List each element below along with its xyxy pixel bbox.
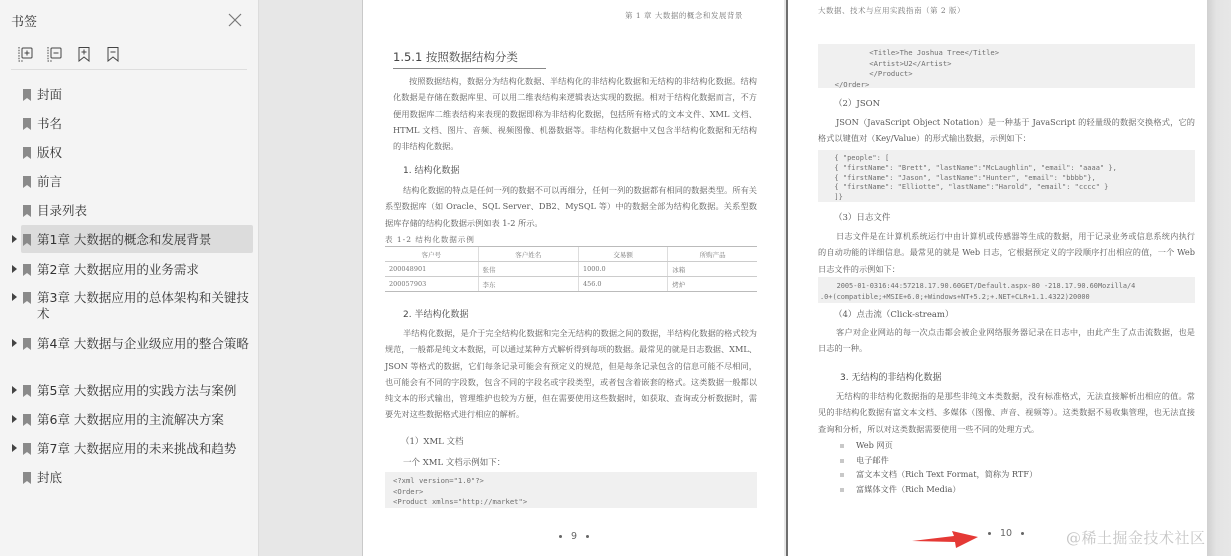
page-number-value: 9: [571, 531, 577, 542]
collapse-all-icon[interactable]: [47, 46, 63, 62]
bookmark-chapter-1[interactable]: 第1章 大数据的概念和发展背景: [0, 225, 259, 254]
bookmark-label: 版权: [37, 145, 62, 161]
table-cell: 李东: [478, 277, 578, 292]
expand-caret-icon[interactable]: [12, 386, 17, 394]
log-item-heading: （3）日志文件: [834, 211, 890, 223]
structured-paragraph: 结构化数据的特点是任何一列的数据不可以再细分，任何一列的数据都有相同的数据类型。…: [385, 182, 757, 231]
bookmark-label: 第2章 大数据应用的业务需求: [37, 262, 199, 278]
list-item: 富媒体文件（Rich Media）: [840, 484, 1037, 499]
bookmark-icon: [23, 234, 31, 246]
page-dot: [1021, 532, 1024, 535]
bookmark-back-cover[interactable]: 封底: [0, 463, 259, 492]
bookmark-cover[interactable]: 封面: [0, 80, 259, 109]
expand-caret-icon[interactable]: [12, 235, 17, 243]
bookmark-chapter-4[interactable]: 第4章 大数据与企业级应用的整合策略: [0, 330, 259, 376]
table-cell: 456.0: [578, 277, 667, 292]
expand-all-icon[interactable]: [18, 46, 34, 62]
close-icon[interactable]: [227, 12, 243, 28]
toolbar-divider: [11, 69, 247, 70]
expand-caret-icon[interactable]: [12, 339, 17, 347]
expand-caret-icon[interactable]: [12, 293, 17, 301]
json-item-heading: （2）JSON: [834, 97, 880, 109]
bookmark-chapter-5[interactable]: 第5章 大数据应用的实践方法与案例: [0, 376, 259, 405]
unstructured-examples-list: Web 网页 电子邮件 富文本文档（Rich Text Format，简称为 R…: [840, 440, 1037, 498]
bookmark-icon: [23, 147, 31, 159]
bookmark-label: 第6章 大数据应用的主流解决方案: [37, 412, 224, 428]
bookmark-label: 第3章 大数据应用的总体架构和关键技术: [37, 290, 251, 322]
expand-caret-icon[interactable]: [12, 265, 17, 273]
expand-caret-icon[interactable]: [12, 444, 17, 452]
clickstream-paragraph: 客户对企业网站的每一次点击都会被企业网络服务器记录在日志中，由此产生了点击流数据…: [818, 324, 1195, 357]
bookmark-label: 第7章 大数据应用的未来挑战和趋势: [37, 441, 236, 457]
delete-bookmark-icon[interactable]: [105, 46, 121, 62]
bookmark-toolbar: [18, 46, 121, 66]
bookmark-icon: [23, 292, 31, 304]
bookmark-icon: [23, 118, 31, 130]
page-number: 10: [979, 528, 1033, 539]
page-10: 大数据、技术与应用实践指南（第 2 版） <Title>The Joshua T…: [786, 0, 1207, 556]
column-header: 所购产品: [668, 247, 757, 262]
log-code-block: 2005-01-0316:44:57218.17.90.60GET/Defaul…: [818, 277, 1195, 303]
xml-intro: 一个 XML 文档示例如下：: [403, 456, 505, 468]
bookmark-icon: [23, 205, 31, 217]
unstructured-paragraph: 无结构的非结构化数据指的是那些非纯文本类数据，没有标准格式，无法直接解析出相应的…: [818, 388, 1195, 437]
table-cell: 张伟: [478, 262, 578, 277]
table-row: 200048901 张伟 1000.0 冰箱: [385, 262, 757, 277]
table-cell: 1000.0: [578, 262, 667, 277]
bookmarks-header: 书签: [0, 0, 259, 40]
bookmark-chapter-6[interactable]: 第6章 大数据应用的主流解决方案: [0, 405, 259, 434]
bookmark-tree: 封面 书名 版权 前言 目录列表 第1章 大数据的概念和发展背景 第2章 大数: [0, 80, 259, 492]
bookmark-label: 前言: [37, 174, 62, 190]
bookmark-chapter-2[interactable]: 第2章 大数据应用的业务需求: [0, 254, 259, 284]
heading-unstructured-data: 3. 无结构的非结构化数据: [840, 370, 941, 383]
page-dot: [586, 535, 589, 538]
page-9: 第 1 章 大数据的概念和发展背景 1.5.1 按照数据结构分类 按照数据结构，…: [362, 0, 784, 556]
bookmark-icon: [23, 443, 31, 455]
heading-semi-structured-data: 2. 半结构化数据: [403, 307, 468, 320]
red-arrow-icon: [912, 528, 978, 550]
bookmark-icon: [23, 338, 31, 350]
list-item: 电子邮件: [840, 455, 1037, 470]
bookmark-chapter-7[interactable]: 第7章 大数据应用的未来挑战和趋势: [0, 434, 259, 463]
table-row: 200057903 李东 456.0 烤炉: [385, 277, 757, 292]
xml-code-continued: <Title>The Joshua Tree</Title> <Artist>U…: [818, 44, 1195, 88]
page-dot: [988, 532, 991, 535]
list-item: 富文本文档（Rich Text Format，简称为 RTF）: [840, 469, 1037, 484]
add-bookmark-icon[interactable]: [76, 46, 92, 62]
bookmark-label: 封面: [37, 87, 62, 103]
bookmark-toc[interactable]: 目录列表: [0, 196, 259, 225]
column-header: 客户号: [385, 247, 478, 262]
table-cell: 烤炉: [668, 277, 757, 292]
bookmark-copyright[interactable]: 版权: [0, 138, 259, 167]
bookmark-preface[interactable]: 前言: [0, 167, 259, 196]
bookmark-icon: [23, 176, 31, 188]
bookmark-label: 第4章 大数据与企业级应用的整合策略: [37, 336, 249, 352]
xml-item-heading: （1）XML 文档: [401, 435, 464, 447]
running-head: 大数据、技术与应用实践指南（第 2 版）: [818, 5, 965, 16]
list-item: Web 网页: [840, 440, 1037, 455]
bookmark-icon: [23, 264, 31, 276]
bookmark-icon: [23, 472, 31, 484]
structured-data-table: 客户号 客户姓名 交易额 所购产品 200048901 张伟 1000.0 冰箱…: [385, 246, 757, 292]
bookmark-icon: [23, 414, 31, 426]
running-head: 第 1 章 大数据的概念和发展背景: [625, 10, 743, 21]
page-number: 9: [550, 531, 598, 542]
panel-title: 书签: [11, 11, 37, 30]
column-header: 交易额: [578, 247, 667, 262]
heading-structured-data: 1. 结构化数据: [403, 163, 459, 176]
bookmark-title-page[interactable]: 书名: [0, 109, 259, 138]
watermark: @稀土掘金技术社区: [1066, 527, 1206, 548]
bookmark-icon: [23, 89, 31, 101]
bookmark-chapter-3[interactable]: 第3章 大数据应用的总体架构和关键技术: [0, 284, 259, 330]
json-paragraph: JSON（JavaScript Object Notation）是一种基于 Ja…: [818, 114, 1195, 147]
table-header-row: 客户号 客户姓名 交易额 所购产品: [385, 247, 757, 262]
section-title: 1.5.1 按照数据结构分类: [393, 49, 546, 69]
page-dot: [559, 535, 562, 538]
table-cell: 冰箱: [668, 262, 757, 277]
table-caption: 表 1-2 结构化数据示例: [385, 234, 475, 245]
viewer-edge: [1207, 0, 1231, 556]
bookmark-label: 第5章 大数据应用的实践方法与案例: [37, 383, 236, 399]
bookmark-icon: [23, 385, 31, 397]
bookmark-label: 第1章 大数据的概念和发展背景: [37, 232, 211, 248]
bookmark-label: 目录列表: [37, 203, 87, 219]
page-number-value: 10: [1000, 528, 1012, 539]
xml-code-block: <?xml version="1.0"?> <Order> <Product x…: [385, 472, 757, 508]
json-code-block: { "people": [ { "firstName": "Brett", "l…: [818, 150, 1195, 202]
log-paragraph: 日志文件是在计算机系统运行中由计算机或传感器等生成的数据，用于记录业务或信息系统…: [818, 228, 1195, 277]
expand-caret-icon[interactable]: [12, 415, 17, 423]
semi-structured-paragraph: 半结构化数据，是介于完全结构化数据和完全无结构的数据之间的数据，半结构化数据的格…: [385, 325, 757, 423]
bookmarks-panel: 书签 封面 书名: [0, 0, 259, 556]
intro-paragraph: 按照数据结构，数据分为结构化数据、半结构化的非结构化数据和无结构的非结构化数据。…: [393, 73, 757, 154]
table-cell: 200048901: [385, 262, 478, 277]
bookmark-label: 书名: [37, 116, 62, 132]
table-cell: 200057903: [385, 277, 478, 292]
column-header: 客户姓名: [478, 247, 578, 262]
clickstream-item-heading: （4）点击流（Click-stream）: [834, 308, 953, 320]
bookmark-label: 封底: [37, 470, 62, 486]
